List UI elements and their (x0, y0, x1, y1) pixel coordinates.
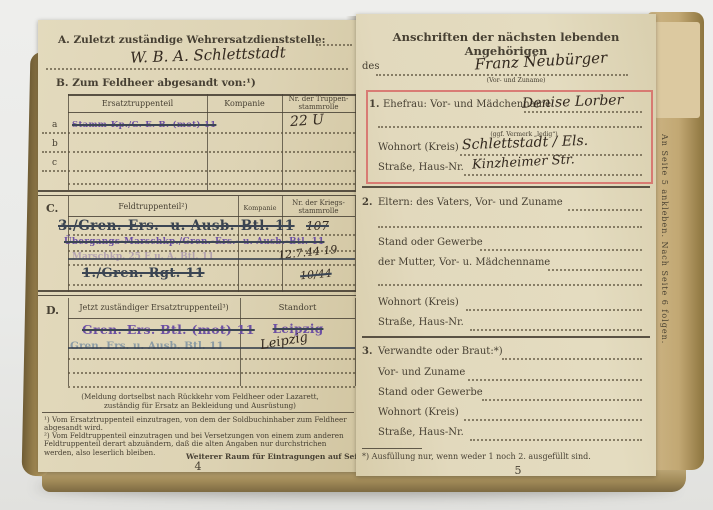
dotted-line (378, 226, 642, 228)
table-b-vline (207, 94, 208, 190)
mutter-label: der Mutter, Vor- u. Mädchenname (378, 257, 550, 268)
row-a-nr-entry: 22 U (289, 112, 324, 130)
section-3-title: Verwandte oder Braut:*) (378, 346, 503, 357)
row-a-label: a (52, 120, 57, 130)
c-entry-4-stamp: 1./Gren. Rgt. 11 (82, 266, 205, 281)
pasted-corner (654, 22, 700, 118)
wohnort-label-2: Wohnort (Kreis) (378, 297, 459, 308)
section-a-entry: W. B. A. Schlettstadt (98, 42, 318, 68)
dotted-line (42, 170, 66, 172)
table-b-vline (68, 94, 69, 190)
section-1-label: 1. (369, 99, 379, 110)
section-b-label: B. (56, 77, 69, 89)
table-b-col-ersatztruppenteil: Ersatztruppenteil (68, 99, 207, 108)
stand-label-2: Stand oder Gewerbe (378, 237, 483, 248)
dotted-line (548, 269, 642, 271)
right-page-edge-strip: An Seite 5 ankleben. Nach Seite 6 folgen… (648, 12, 704, 470)
dotted-line (42, 151, 66, 153)
dotted-line (524, 111, 642, 113)
table-c-col-nr: Nr. der Kriegs-stammrolle (283, 199, 354, 216)
more-room-note: Weiterer Raum für Eintragungen auf Seite… (186, 452, 354, 461)
section-3-label: 3. (362, 346, 372, 357)
dotted-line (378, 126, 642, 128)
dotted-line (464, 174, 642, 176)
d-entry-1-stamp: Gren. Ers. Btl. (mot) 11 (82, 322, 255, 337)
row-a-stamp: Stamm-Kp./G. E. B. (mot) 11 (72, 120, 216, 130)
dotted-line (46, 68, 348, 70)
table-d-col-standort: Standort (240, 303, 355, 313)
c-entry-4-nr: 10/44 (299, 267, 332, 283)
table-c-header-rule (68, 216, 355, 217)
dotted-line (68, 183, 355, 185)
table-b-col-nr: Nr. der Truppen-stammrolle (283, 95, 354, 112)
name-caption: (Vor- und Zuname) (446, 77, 586, 84)
section-2-label: 2. (362, 197, 372, 208)
dotted-line (502, 358, 642, 360)
name-label-3: Vor- und Zuname (378, 367, 465, 378)
c-entry-2-stamp: Übergangs-Marschkp./Gren.-Ers.- u. Ausb.… (64, 237, 324, 247)
table-c-col-feldtruppenteil: Feldtruppenteil²) (68, 202, 238, 211)
strasse-label-2: Straße, Haus-Nr. (378, 317, 464, 328)
dotted-line (378, 284, 642, 286)
footnote-rule (362, 448, 422, 449)
table-b-col-kompanie: Kompanie (207, 99, 282, 108)
photo-of-soldbuch: An Seite 5 ankleben. Nach Seite 6 folgen… (0, 0, 713, 510)
section-2-title: Eltern: des Vaters, Vor- und Zuname (378, 197, 563, 208)
dotted-line (68, 358, 355, 360)
dotted-line (68, 386, 355, 388)
footnote-rule (42, 412, 354, 413)
section-b-title: B. Zum Feldheer abgesandt von:¹) (56, 77, 256, 89)
right-footnote: *) Ausfüllung nur, wenn weder 1 noch 2. … (362, 452, 644, 461)
section-divider (362, 336, 650, 338)
dotted-line (68, 132, 355, 134)
meldung-note: (Meldung dortselbst nach Rückkehr vom Fe… (66, 392, 334, 410)
dotted-line (468, 379, 642, 381)
dotted-line (68, 170, 355, 172)
strasse-label-1: Straße, Haus-Nr. (378, 162, 464, 173)
right-page-number: 5 (508, 464, 528, 477)
section-divider (38, 290, 356, 296)
dotted-line (568, 209, 642, 211)
dotted-line (480, 249, 642, 251)
dotted-line (466, 309, 642, 311)
section-d-label: D. (46, 304, 59, 317)
wohnort-label-1: Wohnort (Kreis) (378, 142, 459, 153)
c-entry-3-stamp: Marschkp. 25 E u. A. Btl. 11 (72, 252, 214, 262)
left-page: A. Zuletzt zuständige Wehrersatzdienstst… (38, 20, 356, 472)
table-c-col-kompanie: Kompanie (238, 204, 282, 212)
right-page: Anschriften der nächsten lebenden Angehö… (356, 14, 656, 476)
section-a-label: A. (58, 34, 70, 46)
row-b-label: b (52, 139, 58, 149)
section-divider (38, 190, 356, 196)
dotted-line (68, 372, 355, 374)
dotted-line (376, 74, 628, 76)
left-page-number: 4 (188, 460, 208, 473)
strike-line (68, 258, 355, 260)
stand-label-3: Stand oder Gewerbe (378, 387, 483, 398)
margin-note-vertical: An Seite 5 ankleben. Nach Seite 6 folgen… (660, 134, 669, 424)
dotted-line (470, 439, 642, 441)
row-c-label: c (52, 158, 57, 168)
table-d-header-rule (68, 318, 355, 319)
dotted-line (42, 132, 66, 134)
dotted-line (470, 329, 642, 331)
table-d-col-ersatz: Jetzt zuständiger Ersatztruppenteil³) (68, 303, 240, 312)
dotted-line (68, 151, 355, 153)
c-entry-1-stamp: 3./Gren.-Ers.- u. Ausb.-Btl. 11 (58, 218, 295, 234)
section-divider (362, 186, 650, 188)
strike-line (68, 347, 355, 349)
wohnort-label-3: Wohnort (Kreis) (378, 407, 459, 418)
section-c-label: C. (46, 202, 58, 215)
c-entry-1-nr: 107 (306, 219, 329, 233)
strasse-label-3: Straße, Haus-Nr. (378, 427, 464, 438)
dotted-line (68, 234, 355, 236)
dotted-line (482, 399, 642, 401)
dotted-line (68, 284, 355, 286)
dotted-line (316, 44, 352, 46)
dotted-line (464, 419, 642, 421)
des-label: des (362, 61, 379, 72)
d-entry-2-stamp: Gren. Ers. u. Ausb. Btl. 11 (70, 340, 224, 352)
